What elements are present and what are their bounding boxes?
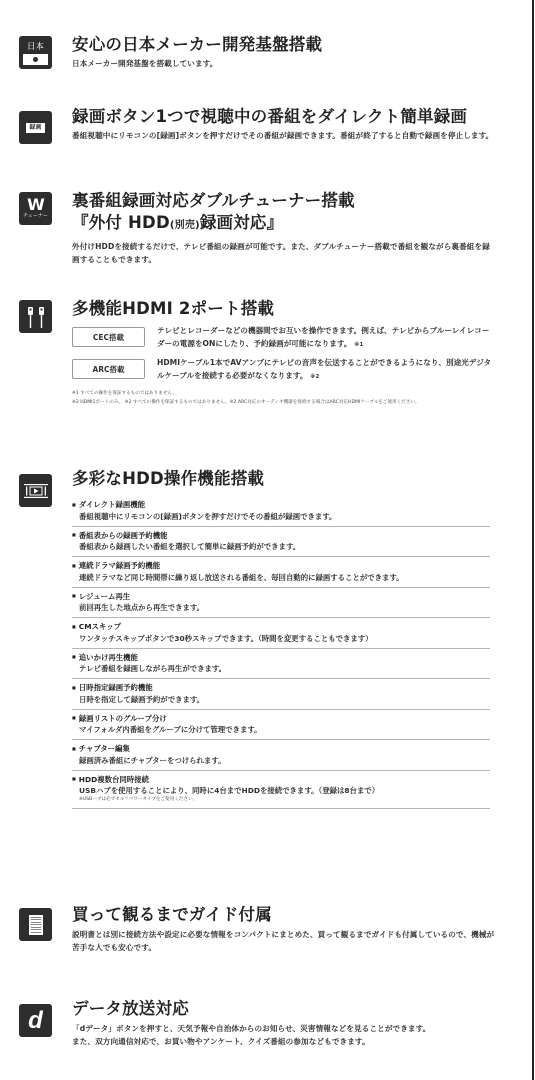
feature-title: 録画ボタン1つで視聴中の番組をダイレクト簡単録画 — [72, 106, 497, 128]
footnotes: ※1 すべての操作を保証するものではありません。 ※2 HDMI1ポートのみ。 … — [72, 389, 492, 407]
list-item: 日時指定録画予約機能日時を指定して録画予約ができます。 — [72, 679, 490, 710]
cec-tag: CEC搭載 — [72, 327, 145, 347]
record-button-icon: 録画 — [19, 111, 52, 144]
feature-title: データ放送対応 — [72, 998, 497, 1020]
japan-flag-icon: 日本 — [19, 36, 52, 69]
feature-title: 多彩なHDD操作機能搭載 — [72, 468, 497, 490]
list-item: レジューム再生前回再生した地点から再生できます。 — [72, 588, 490, 619]
feature-title: 買って観るまでガイド付属 — [72, 904, 497, 926]
feature-title: 多機能HDMI 2ポート搭載 — [72, 298, 497, 320]
feature-title-line2: 『外付 HDD(別売)録画対応』 — [72, 212, 497, 237]
feature-desc: 説明書とは別に接続方法や設定に必要な情報をコンパクトにまとめた、買って観るまでガ… — [72, 929, 497, 954]
feature-title: 裏番組録画対応ダブルチューナー搭載 — [72, 190, 497, 212]
spec-row-arc: ARC搭載 HDMIケーブル1本でAVアンプにテレビの音声を伝送することができる… — [72, 357, 497, 383]
feature-desc-line1: 「dデータ」ボタンを押すと、天気予報や自治体からのお知らせ、災害情報などを見るこ… — [72, 1023, 497, 1036]
guide-document-icon — [19, 908, 52, 941]
feature-title: 安心の日本メーカー開発基盤搭載 — [72, 34, 497, 56]
list-item: 追いかけ再生機能テレビ番組を録画しながら再生ができます。 — [72, 649, 490, 680]
hdmi-cable-icon — [19, 300, 52, 333]
feature-desc-line2: また、双方向通信対応で、お買い物やアンケート、クイズ番組の参加などもできます。 — [72, 1036, 497, 1049]
list-item: CMスキップワンタッチスキップボタンで30秒スキップできます。（時間を変更するこ… — [72, 618, 490, 649]
page-right-border — [532, 0, 534, 1080]
list-item: ダイレクト録画機能番組視聴中にリモコンの[録画]ボタンを押すだけでその番組が録画… — [72, 496, 490, 527]
double-tuner-icon: W チューナー — [19, 192, 52, 225]
feature-desc: 外付けHDDを接続するだけで、テレビ番組の録画が可能です。また、ダブルチューナー… — [72, 241, 497, 266]
list-item: HDD複数台同時接続USBハブを使用することにより、同時に4台までHDDを接続で… — [72, 771, 490, 810]
list-item: 連続ドラマ録画予約機能連続ドラマなど同じ時間帯に繰り返し放送される番組を、毎回自… — [72, 557, 490, 588]
film-play-icon — [19, 474, 52, 507]
feature-desc: 日本メーカー開発基盤を搭載しています。 — [72, 58, 497, 71]
hdd-feature-list: ダイレクト録画機能番組視聴中にリモコンの[録画]ボタンを押すだけでその番組が録画… — [72, 496, 490, 809]
data-broadcast-d-icon: d — [19, 1004, 52, 1037]
feature-desc: 番組視聴中にリモコンの[録画]ボタンを押すだけでその番組が録画できます。番組が終… — [72, 130, 497, 143]
list-item: チャプター編集録画済み番組にチャプターをつけられます。 — [72, 740, 490, 771]
list-item: 録画リストのグループ分けマイフォルダ内番組をグループに分けて管理できます。 — [72, 710, 490, 741]
list-item: 番組表からの録画予約機能番組表から録画したい番組を選択して簡単に録画予約ができま… — [72, 527, 490, 558]
arc-tag: ARC搭載 — [72, 359, 145, 379]
spec-row-cec: CEC搭載 テレビとレコーダーなどの機器間でお互いを操作できます。例えば、テレビ… — [72, 325, 497, 351]
